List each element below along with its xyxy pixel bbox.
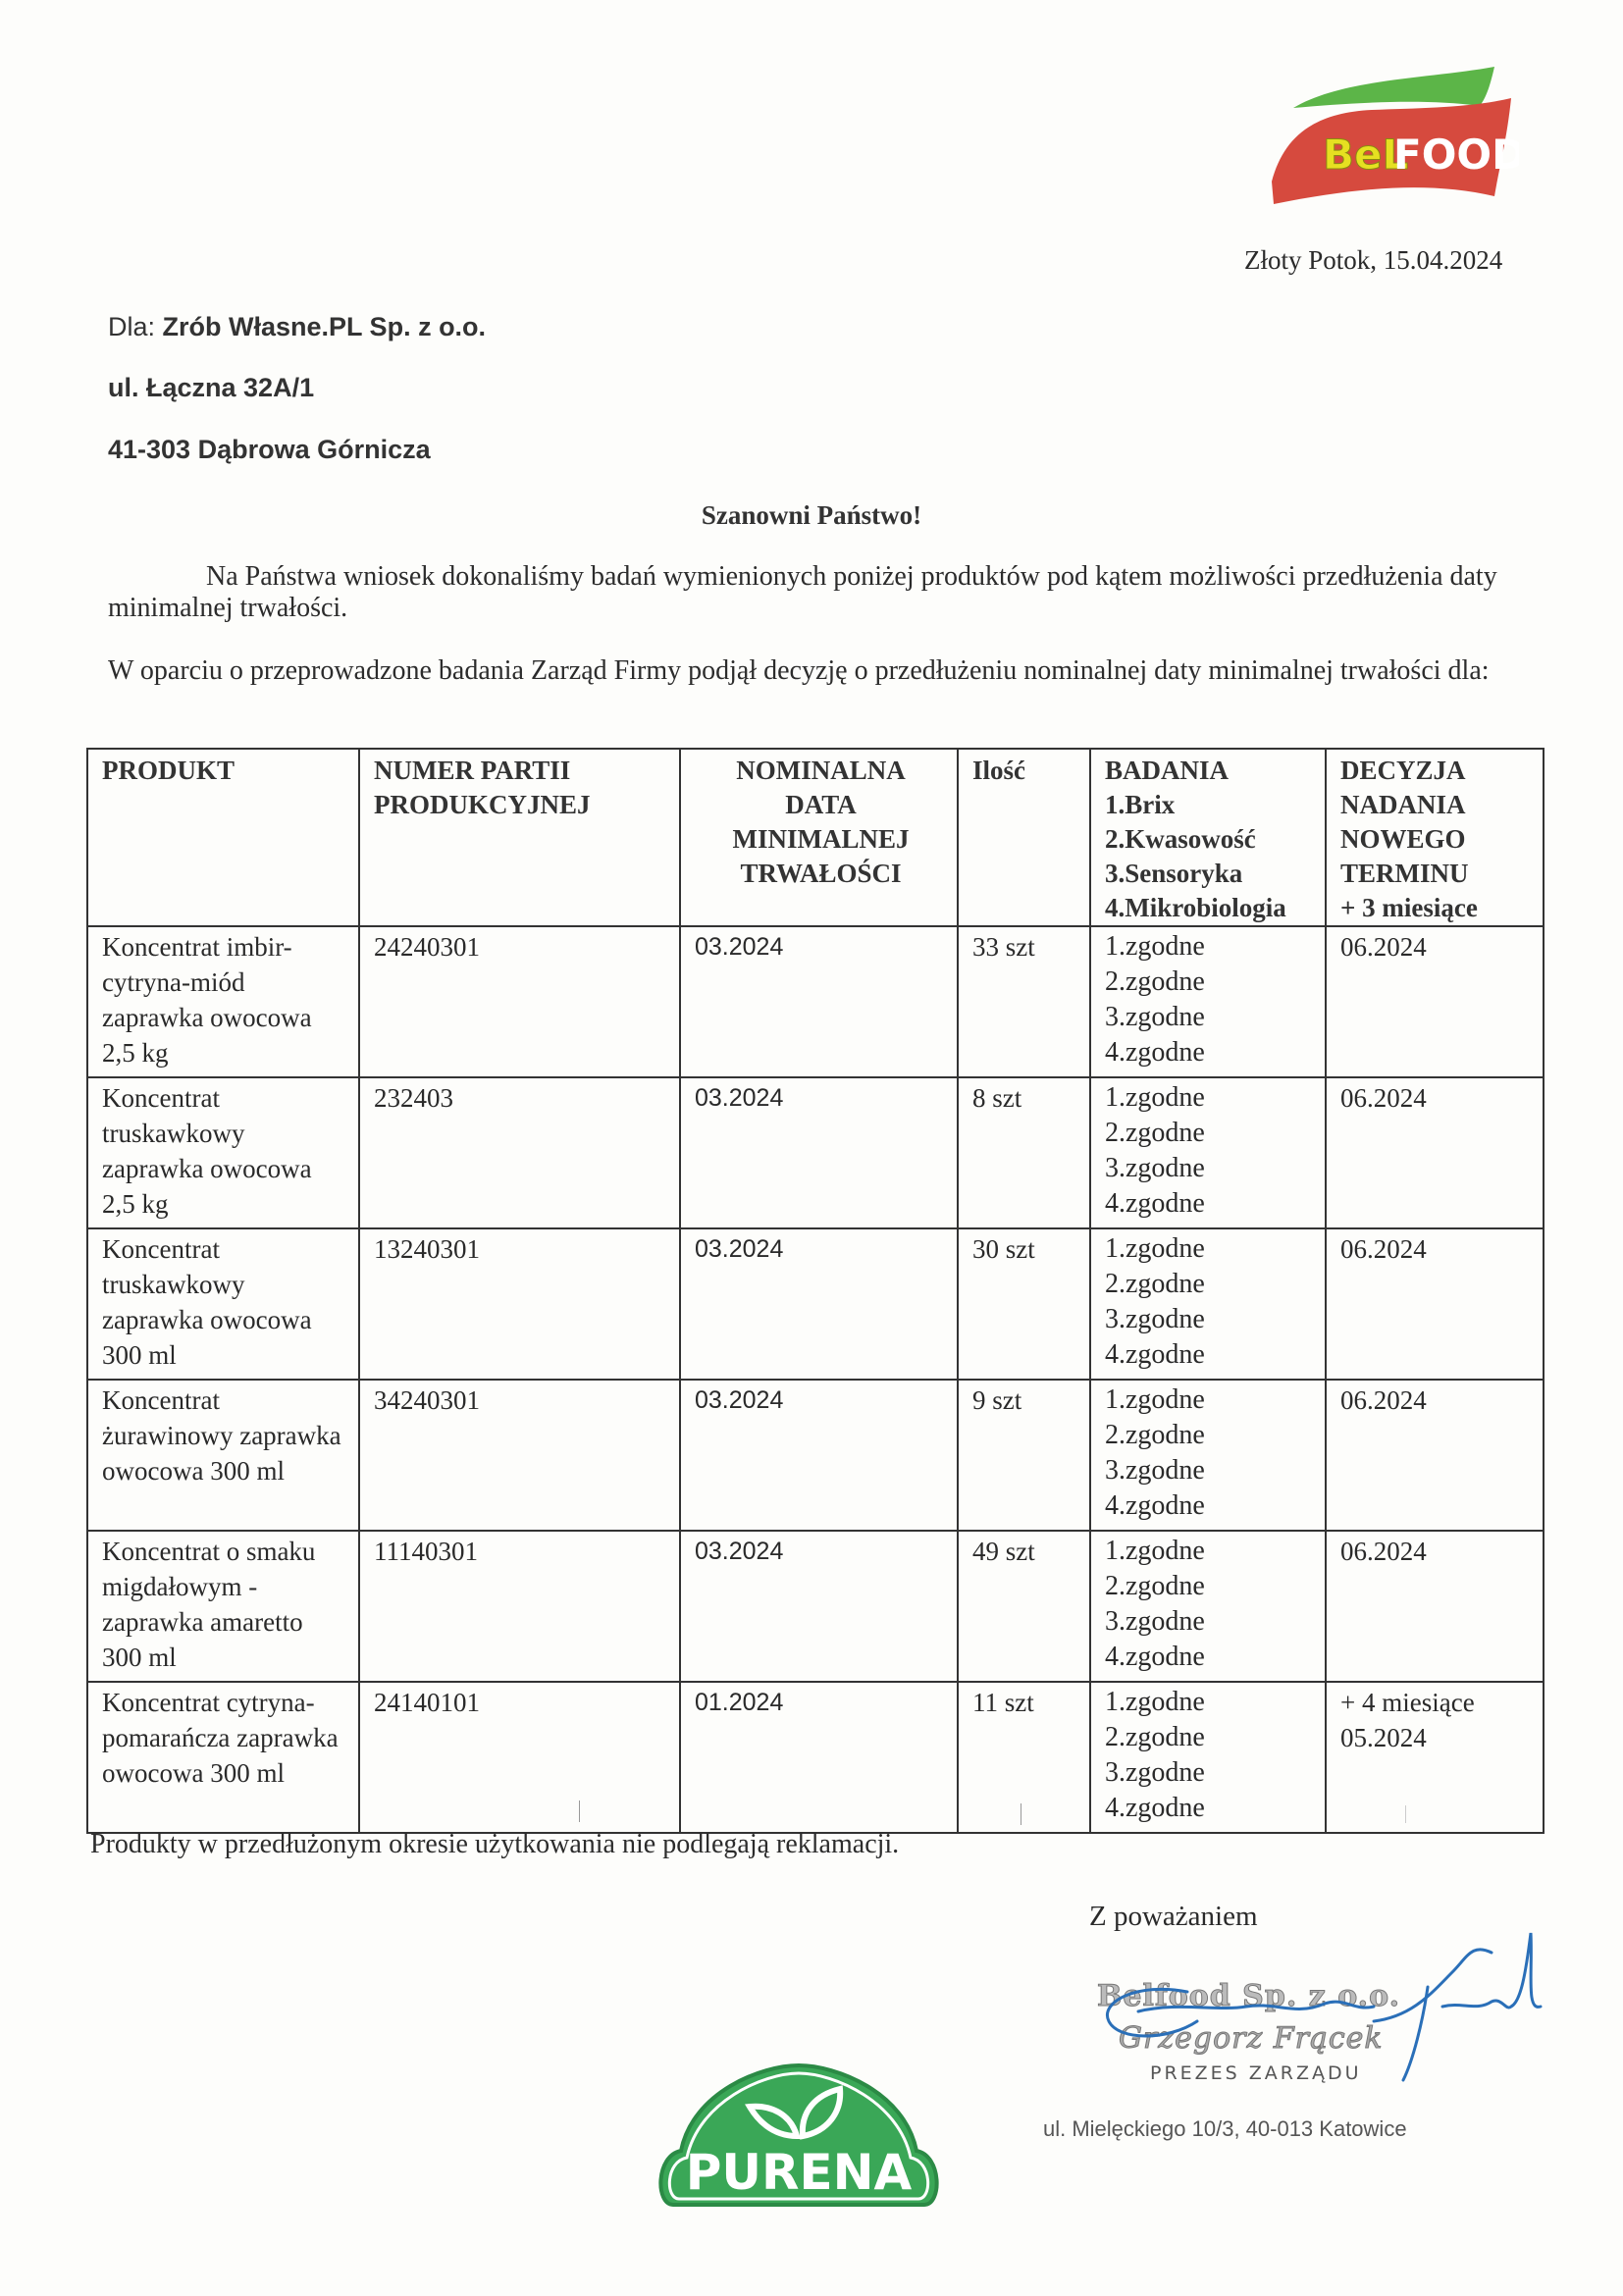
cell-batch: 34240301 xyxy=(359,1380,680,1531)
logo-text-food: FOOD xyxy=(1393,130,1519,179)
paragraph-request: Na Państwa wniosek dokonaliśmy badań wym… xyxy=(108,561,1521,624)
cell-batch: 232403 xyxy=(359,1077,680,1228)
table-row: Koncentrat cytryna-pomarańcza zaprawkaow… xyxy=(87,1682,1544,1833)
header-line: DECYZJA xyxy=(1340,754,1533,788)
header-line: MINIMALNEJ xyxy=(695,822,947,857)
cell-batch: 11140301 xyxy=(359,1531,680,1682)
table-row: Koncentratżurawinowy zaprawkaowocowa 300… xyxy=(87,1380,1544,1531)
cell-tests: 1.zgodne2.zgodne3.zgodne4.zgodne xyxy=(1090,1228,1326,1380)
cell-date: 01.2024 xyxy=(680,1682,958,1833)
recipient-company-name: Zrób Własne.PL Sp. z o.o. xyxy=(163,312,487,341)
cell-date: 03.2024 xyxy=(680,1077,958,1228)
header-line: 4.Mikrobiologia xyxy=(1105,891,1315,925)
cell-product: Koncentrat o smakumigdałowym -zaprawka a… xyxy=(87,1531,359,1682)
cell-qty: 11 szt xyxy=(958,1682,1090,1833)
cell-tests: 1.zgodne2.zgodne3.zgodne4.zgodne xyxy=(1090,926,1326,1077)
table-row: Koncentrattruskawkowyzaprawka owocowa2,5… xyxy=(87,1077,1544,1228)
scan-mark xyxy=(579,1800,580,1822)
signature-icon xyxy=(1079,1913,1550,2090)
cell-date: 03.2024 xyxy=(680,1228,958,1380)
cell-date: 03.2024 xyxy=(680,1380,958,1531)
cell-tests: 1.zgodne2.zgodne3.zgodne4.zgodne xyxy=(1090,1531,1326,1682)
header-line: 3.Sensoryka xyxy=(1105,857,1315,891)
header-date: NOMINALNADATAMINIMALNEJTRWAŁOŚCI xyxy=(680,749,958,926)
header-line: + 3 miesiące xyxy=(1340,891,1533,925)
cell-qty: 33 szt xyxy=(958,926,1090,1077)
cell-product: Koncentrat imbir-cytryna-miódzaprawka ow… xyxy=(87,926,359,1077)
cell-decision: 06.2024 xyxy=(1326,1531,1544,1682)
cell-qty: 9 szt xyxy=(958,1380,1090,1531)
cell-date: 03.2024 xyxy=(680,1531,958,1682)
header-batch: NUMER PARTIIPRODUKCYJNEJ xyxy=(359,749,680,926)
table-row: Koncentrat imbir-cytryna-miódzaprawka ow… xyxy=(87,926,1544,1077)
table-header-row: PRODUKT NUMER PARTIIPRODUKCYJNEJ NOMINAL… xyxy=(87,749,1544,926)
header-line: BADANIA xyxy=(1105,754,1315,788)
place-date: Złoty Potok, 15.04.2024 xyxy=(1244,245,1502,276)
header-line: PRODUKCYJNEJ xyxy=(374,788,669,822)
header-tests: BADANIA1.Brix2.Kwasowość3.Sensoryka4.Mik… xyxy=(1090,749,1326,926)
cell-batch: 24140101 xyxy=(359,1682,680,1833)
header-line: TRWAŁOŚCI xyxy=(695,857,947,891)
purena-logo: PURENA xyxy=(654,2058,944,2213)
cell-tests: 1.zgodne2.zgodne3.zgodne4.zgodne xyxy=(1090,1682,1326,1833)
header-line: NADANIA xyxy=(1340,788,1533,822)
cell-decision: 06.2024 xyxy=(1326,1077,1544,1228)
header-line: 1.Brix xyxy=(1105,788,1315,822)
scan-mark xyxy=(1021,1803,1021,1825)
cell-batch: 24240301 xyxy=(359,926,680,1077)
cell-batch: 13240301 xyxy=(359,1228,680,1380)
purena-logo-text: PURENA xyxy=(686,2144,913,2201)
table-row: Koncentrattruskawkowyzaprawka owocowa300… xyxy=(87,1228,1544,1380)
header-line: NUMER PARTII xyxy=(374,754,669,788)
product-table: PRODUKT NUMER PARTIIPRODUKCYJNEJ NOMINAL… xyxy=(86,748,1544,1834)
recipient-prefix: Dla: xyxy=(108,312,163,341)
cell-tests: 1.zgodne2.zgodne3.zgodne4.zgodne xyxy=(1090,1380,1326,1531)
cell-qty: 30 szt xyxy=(958,1228,1090,1380)
company-address: ul. Mielęckiego 10/3, 40-013 Katowice xyxy=(1043,2116,1407,2142)
header-line: NOWEGO xyxy=(1340,822,1533,857)
cell-product: Koncentrat cytryna-pomarańcza zaprawkaow… xyxy=(87,1682,359,1833)
header-qty: Ilość xyxy=(958,749,1090,926)
cell-qty: 49 szt xyxy=(958,1531,1090,1682)
recipient-company: Dla: Zrób Własne.PL Sp. z o.o. xyxy=(108,312,486,342)
table-row: Koncentrat o smakumigdałowym -zaprawka a… xyxy=(87,1531,1544,1682)
header-decision: DECYZJANADANIANOWEGOTERMINU+ 3 miesiące xyxy=(1326,749,1544,926)
recipient-street: ul. Łączna 32A/1 xyxy=(108,373,314,403)
footer-note: Produkty w przedłużonym okresie użytkowa… xyxy=(90,1829,899,1860)
cell-decision: 06.2024 xyxy=(1326,1228,1544,1380)
table-body: Koncentrat imbir-cytryna-miódzaprawka ow… xyxy=(87,926,1544,1833)
header-product: PRODUKT xyxy=(87,749,359,926)
cell-date: 03.2024 xyxy=(680,926,958,1077)
greeting: Szanowni Państwo! xyxy=(0,500,1623,531)
cell-product: Koncentratżurawinowy zaprawkaowocowa 300… xyxy=(87,1380,359,1531)
cell-decision: + 4 miesiące05.2024 xyxy=(1326,1682,1544,1833)
cell-product: Koncentrattruskawkowyzaprawka owocowa300… xyxy=(87,1228,359,1380)
header-line: TERMINU xyxy=(1340,857,1533,891)
paragraph-decision: W oparciu o przeprowadzone badania Zarzą… xyxy=(108,655,1521,687)
scan-mark xyxy=(1405,1805,1406,1823)
cell-qty: 8 szt xyxy=(958,1077,1090,1228)
belfood-logo: BeL FOOD xyxy=(1254,59,1519,216)
header-line: DATA xyxy=(695,788,947,822)
header-line: 2.Kwasowość xyxy=(1105,822,1315,857)
recipient-city: 41-303 Dąbrowa Górnicza xyxy=(108,435,431,465)
cell-product: Koncentrattruskawkowyzaprawka owocowa2,5… xyxy=(87,1077,359,1228)
cell-decision: 06.2024 xyxy=(1326,1380,1544,1531)
cell-decision: 06.2024 xyxy=(1326,926,1544,1077)
header-line: NOMINALNA xyxy=(695,754,947,788)
cell-tests: 1.zgodne2.zgodne3.zgodne4.zgodne xyxy=(1090,1077,1326,1228)
